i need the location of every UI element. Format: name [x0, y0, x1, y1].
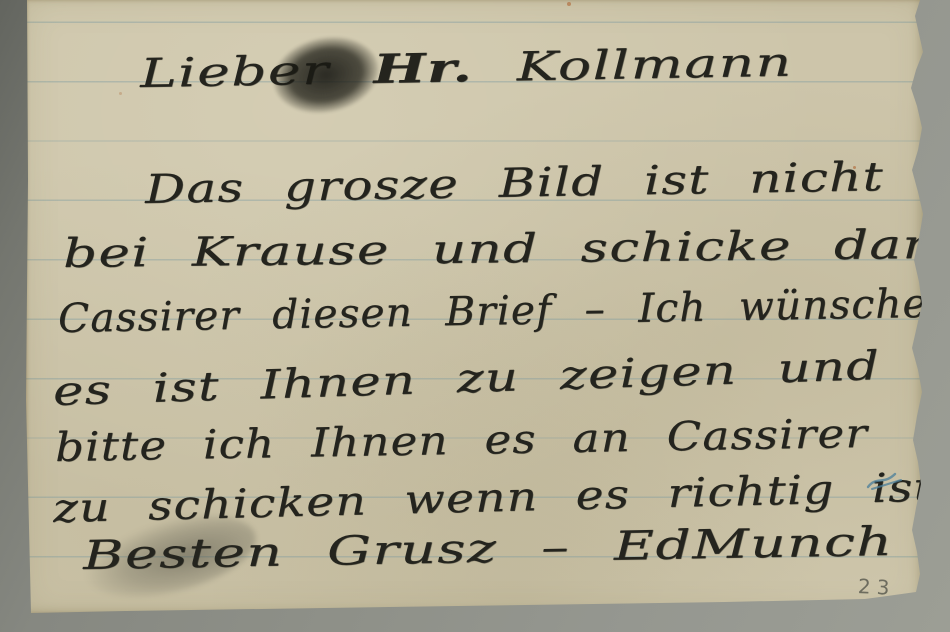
blue-pencil-mark [863, 466, 909, 496]
salutation-blotted-word: Hr. [373, 44, 473, 93]
page-number-annotation: 23 [857, 574, 896, 600]
body-line-4: es ist Ihnen zu zeigen und [52, 344, 880, 414]
ink-blot [266, 28, 385, 122]
body-line-1: Das grosze Bild ist nicht [145, 155, 885, 212]
salutation-line: Lieber Hr. Kollmann [140, 41, 793, 96]
body-line-2: bei Krause und schicke dann [63, 222, 950, 276]
body-line-3: Cassirer diesen Brief – Ich wünsche [58, 282, 928, 341]
foxing-spot [119, 92, 122, 95]
salutation-name: Kollmann [516, 40, 792, 91]
mat-background: Lieber Hr. Kollmann Das grosze Bild ist … [0, 0, 950, 632]
foxing-spot [853, 166, 856, 169]
letter-paper: Lieber Hr. Kollmann Das grosze Bild ist … [25, 0, 923, 614]
body-line-5: bitte ich Ihnen es an Cassirer [55, 412, 869, 470]
foxing-spot [567, 2, 571, 6]
